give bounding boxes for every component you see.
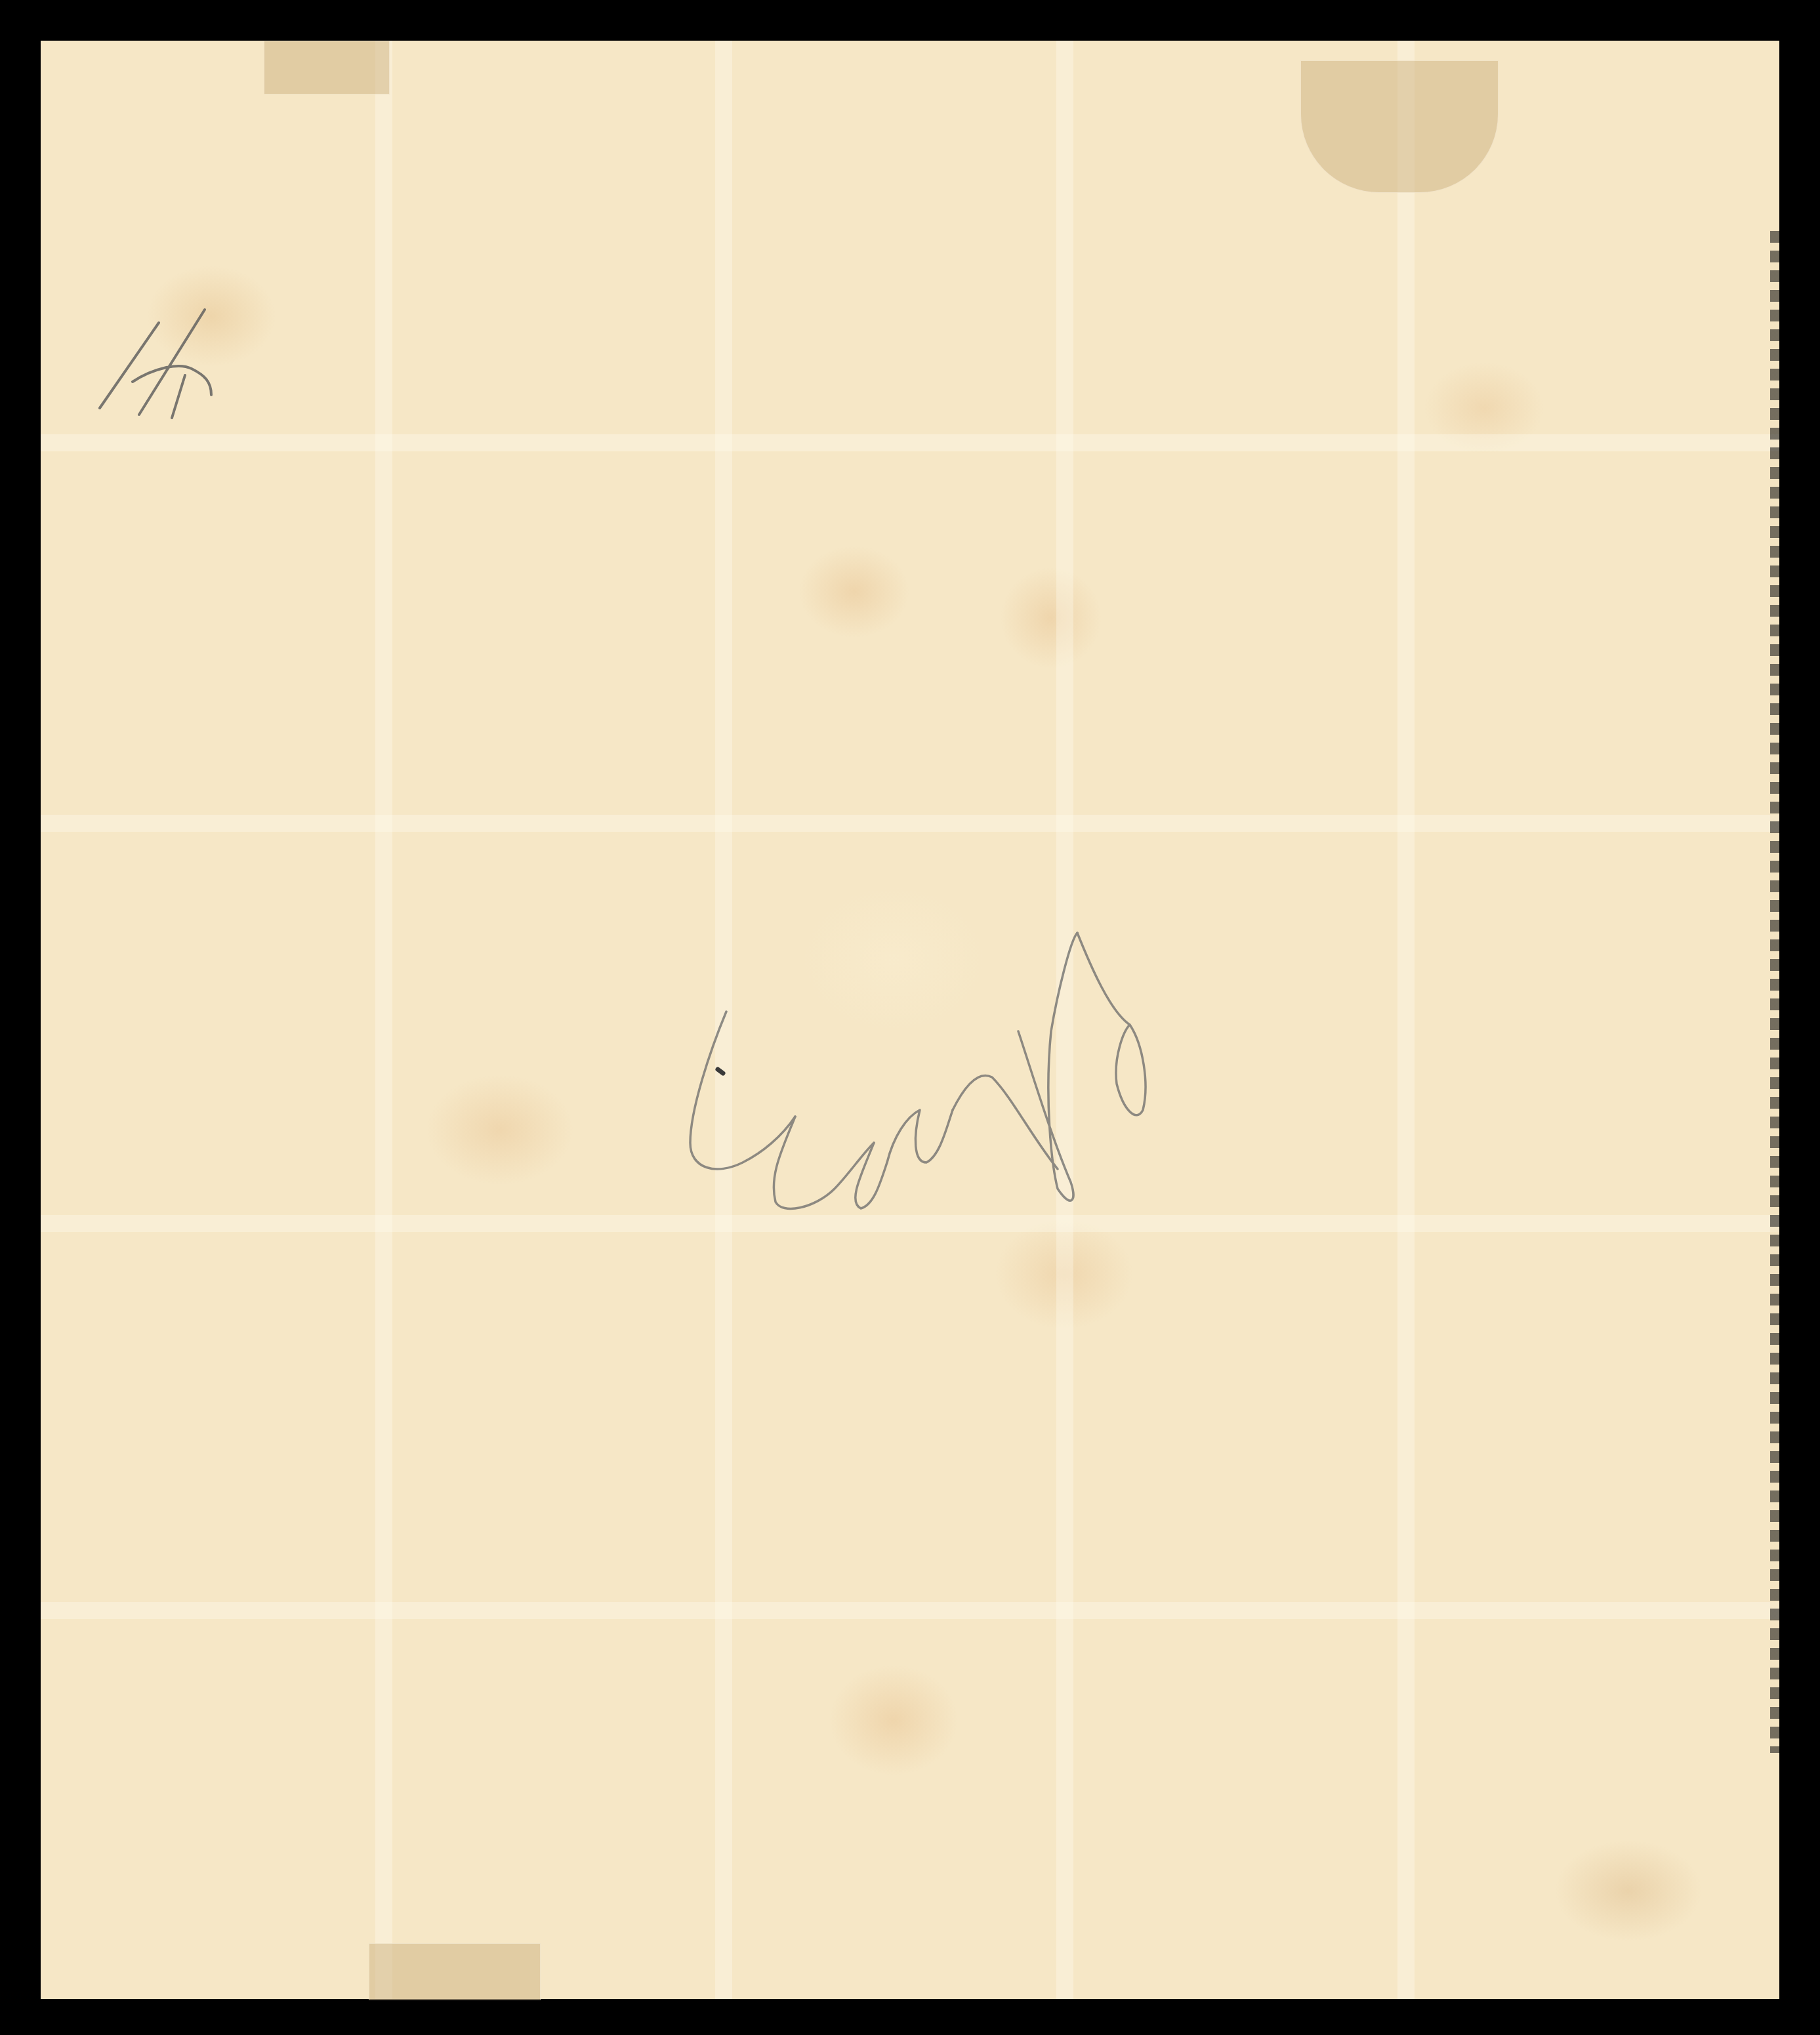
- stamp-sheet-reverse: [41, 41, 1779, 1999]
- hinge-remnant-top-right: [1300, 60, 1499, 193]
- pencil-signature: [664, 900, 1163, 1241]
- perforated-edge: [1770, 231, 1779, 1753]
- pencil-notation: [80, 303, 251, 421]
- hinge-remnant-bottom: [369, 1943, 541, 2000]
- hinge-remnant-top-left: [264, 41, 390, 94]
